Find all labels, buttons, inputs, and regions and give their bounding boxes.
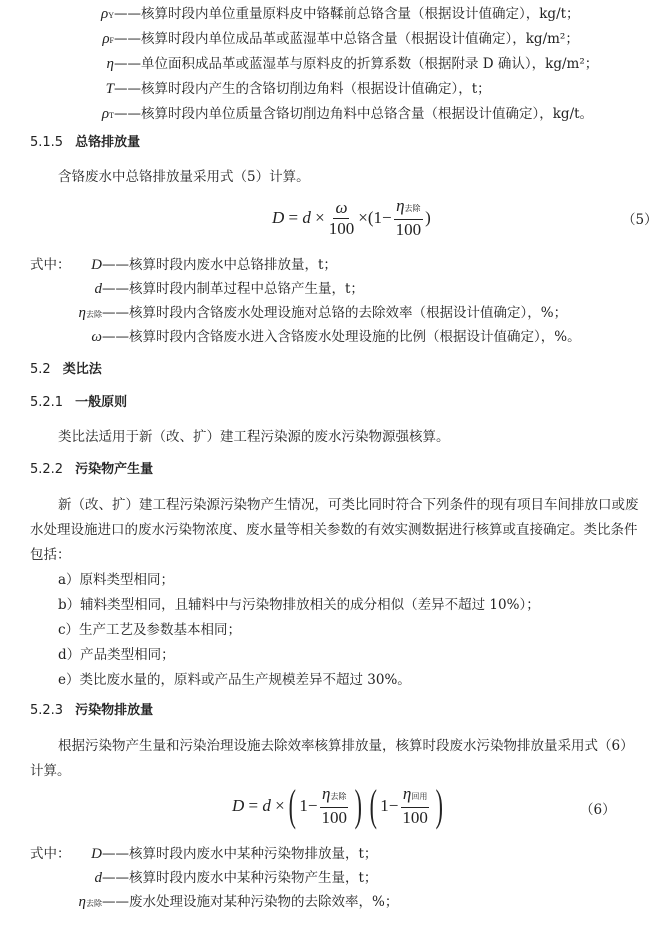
- fraction-eta: η去除100: [394, 196, 424, 240]
- section-title: 一般原则: [75, 395, 127, 410]
- definition-text: 核算时段内含铬废水处理设施对总铬的去除效率（根据设计值确定），%；: [129, 305, 567, 321]
- list-item: b）辅料类型相同，且辅料中与污染物排放相关的成分相似（差异不超过 10%）；: [58, 596, 540, 614]
- where-label: 式中：: [30, 256, 71, 274]
- symbol: D: [72, 256, 102, 274]
- dash: ——: [114, 55, 141, 73]
- section-title: 总铬排放量: [75, 135, 140, 150]
- definition-rho-y: ρY——核算时段内单位重量原料皮中铬鞣前总铬含量（根据设计值确定），kg/t；: [72, 5, 580, 25]
- section-number: 5.2.2: [30, 462, 63, 477]
- fraction-eta-removal: η去除100: [319, 784, 349, 828]
- section-number: 5.2.3: [30, 703, 63, 718]
- equation-number-6: （6）: [580, 798, 616, 818]
- list-item: c）生产工艺及参数基本相同；: [58, 621, 241, 639]
- definition-text: 核算时段内废水中某种污染物排放量，t；: [129, 846, 377, 862]
- definition-d-lower: d——核算时段内制革过程中总铬产生量，t；: [72, 280, 364, 298]
- symbol: d: [72, 280, 102, 298]
- symbol: D: [72, 845, 102, 863]
- dash: ——: [114, 80, 141, 98]
- definition-eta-removal: η去除——废水处理设施对某种污染物的去除效率，%；: [72, 893, 398, 913]
- paragraph-line: 新（改、扩）建工程污染源污染物产生情况，可类比同时符合下列条件的现有项目车间排放…: [58, 496, 639, 514]
- where-label: 式中：: [30, 845, 71, 863]
- section-number: 5.2.1: [30, 395, 63, 410]
- definition-eta: η——单位面积成品革或蓝湿革与原料皮的折算系数（根据附录 D 确认），kg/m²…: [72, 55, 598, 73]
- formula-6: D = d × (1− η去除100 )(1− η回用100 ): [232, 784, 447, 828]
- formula-5: D = d × ω100 ×(1− η去除100 ): [272, 196, 431, 240]
- symbol: ρ: [102, 31, 109, 47]
- equation-number-5: （5）: [622, 208, 658, 228]
- section-heading-5-2-3: 5.2.3污染物排放量: [30, 702, 153, 720]
- definition-text: 核算时段内单位质量含铬切削边角料中总铬含量（根据设计值确定），kg/t。: [141, 106, 593, 122]
- definition-omega: ω——核算时段内含铬废水进入含铬废水处理设施的比例（根据设计值确定），%。: [72, 328, 581, 346]
- definition-eta-removal: η去除——核算时段内含铬废水处理设施对总铬的去除效率（根据设计值确定），%；: [72, 304, 567, 324]
- section-heading-5-2-2: 5.2.2污染物产生量: [30, 461, 153, 479]
- section-heading-5-2: 5.2类比法: [30, 361, 102, 379]
- definition-text: 核算时段内含铬废水进入含铬废水处理设施的比例（根据设计值确定），%。: [129, 329, 581, 345]
- definition-text: 核算时段内单位成品革或蓝湿革中总铬含量（根据设计值确定），kg/m²；: [141, 31, 579, 47]
- paragraph: 类比法适用于新（改、扩）建工程污染源的废水污染物源强核算。: [58, 428, 450, 446]
- list-item: e）类比废水量的，原料或产品生产规模差异不超过 30%。: [58, 671, 411, 689]
- paragraph-line: 根据污染物产生量和污染治理设施去除效率核算排放量，核算时段废水污染物排放量采用式…: [58, 737, 634, 755]
- section-title: 污染物产生量: [75, 462, 153, 477]
- section-number: 5.2: [30, 362, 51, 377]
- dash: ——: [114, 30, 141, 48]
- definition-text: 废水处理设施对某种污染物的去除效率，%；: [129, 894, 398, 910]
- fraction-omega: ω100: [327, 198, 357, 239]
- definition-d-upper: D——核算时段内废水中某种污染物排放量，t；: [72, 845, 377, 863]
- definition-d-upper: D——核算时段内废水中总铬排放量，t；: [72, 256, 337, 274]
- definition-text: 单位面积成品革或蓝湿革与原料皮的折算系数（根据附录 D 确认），kg/m²；: [141, 56, 598, 72]
- paragraph-line: 水处理设施进口的废水污染物浓度、废水量等相关参数的有效实测数据进行核算或直接确定…: [30, 521, 638, 539]
- definition-text: 核算时段内单位重量原料皮中铬鞣前总铬含量（根据设计值确定），kg/t；: [141, 6, 580, 22]
- symbol: T: [106, 81, 114, 97]
- section-title: 污染物排放量: [75, 703, 153, 718]
- definition-t: T——核算时段内产生的含铬切削边角料（根据设计值确定），t；: [72, 80, 491, 98]
- definition-text: 核算时段内废水中总铬排放量，t；: [129, 257, 337, 273]
- section-title: 类比法: [63, 362, 102, 377]
- list-item: d）产品类型相同；: [58, 646, 175, 664]
- definition-d-lower: d——核算时段内废水中某种污染物产生量，t；: [72, 869, 377, 887]
- paragraph: 含铬废水中总铬排放量采用式（5）计算。: [58, 168, 310, 186]
- definition-text: 核算时段内制革过程中总铬产生量，t；: [129, 281, 364, 297]
- fraction-eta-reuse: η回用100: [400, 784, 430, 828]
- list-item: a）原料类型相同；: [58, 571, 174, 589]
- dash: ——: [114, 5, 141, 23]
- symbol: ω: [72, 328, 102, 346]
- definition-rho-f: ρF——核算时段内单位成品革或蓝湿革中总铬含量（根据设计值确定），kg/m²；: [72, 30, 579, 50]
- definition-rho-t: ρT——核算时段内单位质量含铬切削边角料中总铬含量（根据设计值确定），kg/t。: [72, 105, 593, 125]
- section-heading-5-1-5: 5.1.5总铬排放量: [30, 134, 140, 152]
- symbol: η: [107, 56, 114, 72]
- paragraph-line: 计算。: [30, 762, 71, 780]
- definition-text: 核算时段内产生的含铬切削边角料（根据设计值确定），t；: [141, 81, 491, 97]
- symbol: d: [72, 869, 102, 887]
- section-heading-5-2-1: 5.2.1一般原则: [30, 394, 127, 412]
- dash: ——: [114, 105, 141, 123]
- section-number: 5.1.5: [30, 135, 63, 150]
- paragraph-line: 包括：: [30, 546, 71, 564]
- definition-text: 核算时段内废水中某种污染物产生量，t；: [129, 870, 377, 886]
